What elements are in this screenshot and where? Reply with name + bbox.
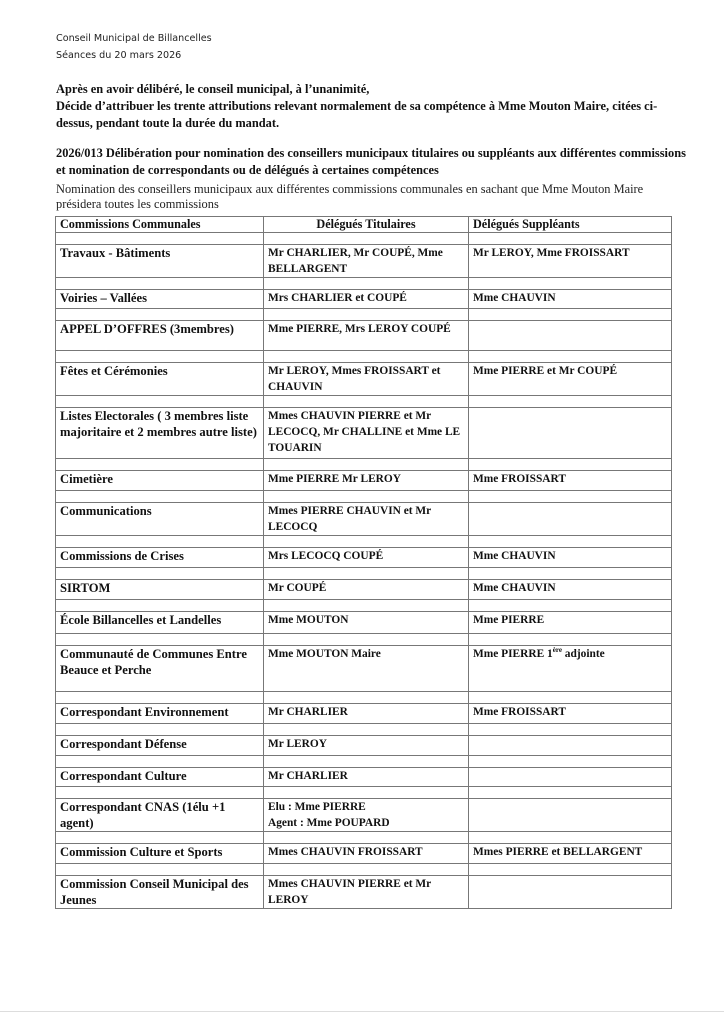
table-row: Correspondant CultureMr CHARLIER	[56, 768, 672, 787]
spacer-cell	[469, 351, 672, 363]
spacer-cell	[469, 832, 672, 844]
role-label: adjointe	[562, 648, 605, 660]
intro-text: Nomination des conseillers municipaux au…	[56, 182, 686, 212]
spacer-cell	[469, 568, 672, 580]
table-body: Travaux - BâtimentsMr CHARLIER, Mr COUPÉ…	[56, 233, 672, 909]
commission-name: Commission Culture et Sports	[56, 844, 264, 864]
rank-suffix: ère	[553, 646, 562, 654]
document-organization: Conseil Municipal de Billancelles	[56, 30, 212, 47]
table-row: Commission Culture et SportsMmes CHAUVIN…	[56, 844, 672, 864]
spacer-cell	[264, 396, 469, 408]
spacer-cell	[56, 536, 264, 548]
suppleant-name: Mme PIERRE	[473, 648, 544, 660]
table-header-row: Commissions Communales Délégués Titulair…	[56, 217, 672, 233]
table-row: Communauté de Communes Entre Beauce et P…	[56, 646, 672, 692]
session-date: Séances du 20 mars 2026	[56, 47, 181, 64]
titulaires-cell: Mrs CHARLIER et COUPÉ	[264, 290, 469, 309]
spacer-row	[56, 233, 672, 245]
spacer-cell	[469, 692, 672, 704]
spacer-cell	[56, 233, 264, 245]
suppleants-cell: Mr LEROY, Mme FROISSART	[469, 245, 672, 278]
table-row: Travaux - BâtimentsMr CHARLIER, Mr COUPÉ…	[56, 245, 672, 278]
titulaire-line: Agent : Mme POUPARD	[268, 815, 464, 831]
titulaires-cell: Mme PIERRE Mr LEROY	[264, 471, 469, 491]
table-row: Correspondant EnvironnementMr CHARLIERMm…	[56, 704, 672, 724]
spacer-row	[56, 278, 672, 290]
spacer-row	[56, 864, 672, 876]
titulaires-cell: Mrs LECOCQ COUPÉ	[264, 548, 469, 568]
suppleants-cell: Mmes PIERRE et BELLARGENT	[469, 844, 672, 864]
commissions-table: Commissions Communales Délégués Titulair…	[55, 216, 672, 909]
spacer-cell	[56, 756, 264, 768]
titulaires-cell: Mr CHARLIER, Mr COUPÉ, Mme BELLARGENT	[264, 245, 469, 278]
commission-name: Listes Electorales ( 3 membres liste maj…	[56, 408, 264, 459]
header-titulaires: Délégués Titulaires	[264, 217, 469, 233]
spacer-cell	[56, 600, 264, 612]
spacer-cell	[56, 832, 264, 844]
suppleants-cell	[469, 768, 672, 787]
spacer-cell	[264, 724, 469, 736]
table-row: Correspondant DéfenseMr LEROY	[56, 736, 672, 756]
spacer-cell	[469, 634, 672, 646]
spacer-cell	[264, 600, 469, 612]
spacer-cell	[264, 536, 469, 548]
spacer-cell	[469, 491, 672, 503]
spacer-cell	[264, 309, 469, 321]
titulaires-cell: Mr LEROY, Mmes FROISSART et CHAUVIN	[264, 363, 469, 396]
spacer-row	[56, 600, 672, 612]
table-row: Fêtes et CérémoniesMr LEROY, Mmes FROISS…	[56, 363, 672, 396]
spacer-cell	[264, 278, 469, 290]
spacer-cell	[469, 233, 672, 245]
spacer-cell	[56, 864, 264, 876]
spacer-cell	[469, 278, 672, 290]
spacer-cell	[56, 787, 264, 799]
spacer-cell	[56, 568, 264, 580]
commission-name: Travaux - Bâtiments	[56, 245, 264, 278]
suppleants-cell	[469, 503, 672, 536]
commission-name: Cimetière	[56, 471, 264, 491]
commission-name: APPEL D’OFFRES (3membres)	[56, 321, 264, 351]
table-row: Correspondant CNAS (1élu +1 agent)Elu : …	[56, 799, 672, 832]
spacer-cell	[56, 309, 264, 321]
titulaires-cell: Elu : Mme PIERREAgent : Mme POUPARD	[264, 799, 469, 832]
spacer-cell	[264, 568, 469, 580]
table-row: Commission Conseil Municipal des JeunesM…	[56, 876, 672, 909]
titulaires-cell: Mme PIERRE, Mrs LEROY COUPÉ	[264, 321, 469, 351]
table-row: Listes Electorales ( 3 membres liste maj…	[56, 408, 672, 459]
titulaires-cell: Mmes CHAUVIN PIERRE et Mr LECOCQ, Mr CHA…	[264, 408, 469, 459]
decision-line-2: Décide d’attribuer les trente attributio…	[56, 98, 686, 132]
commission-name: Commission Conseil Municipal des Jeunes	[56, 876, 264, 909]
spacer-cell	[264, 459, 469, 471]
spacer-cell	[56, 459, 264, 471]
spacer-row	[56, 459, 672, 471]
spacer-cell	[264, 832, 469, 844]
spacer-row	[56, 756, 672, 768]
titulaires-cell: Mme MOUTON	[264, 612, 469, 634]
titulaires-cell: Mmes CHAUVIN PIERRE et Mr LEROY	[264, 876, 469, 909]
suppleants-cell: Mme CHAUVIN	[469, 580, 672, 600]
spacer-cell	[264, 756, 469, 768]
header-commissions: Commissions Communales	[56, 217, 264, 233]
table-row: École Billancelles et LandellesMme MOUTO…	[56, 612, 672, 634]
spacer-cell	[56, 692, 264, 704]
titulaires-cell: Mr LEROY	[264, 736, 469, 756]
suppleants-cell	[469, 876, 672, 909]
spacer-cell	[469, 724, 672, 736]
commission-name: Fêtes et Cérémonies	[56, 363, 264, 396]
spacer-cell	[469, 309, 672, 321]
suppleants-cell: Mme PIERRE	[469, 612, 672, 634]
decision-paragraph: Après en avoir délibéré, le conseil muni…	[56, 81, 686, 132]
spacer-row	[56, 396, 672, 408]
commission-name: Communications	[56, 503, 264, 536]
spacer-cell	[264, 787, 469, 799]
suppleants-cell	[469, 736, 672, 756]
spacer-row	[56, 634, 672, 646]
spacer-cell	[56, 396, 264, 408]
spacer-row	[56, 351, 672, 363]
spacer-row	[56, 724, 672, 736]
spacer-cell	[56, 634, 264, 646]
spacer-row	[56, 787, 672, 799]
spacer-cell	[264, 351, 469, 363]
spacer-cell	[56, 351, 264, 363]
commission-name: Correspondant Environnement	[56, 704, 264, 724]
spacer-row	[56, 491, 672, 503]
suppleants-cell: Mme FROISSART	[469, 704, 672, 724]
commission-name: Communauté de Communes Entre Beauce et P…	[56, 646, 264, 692]
spacer-cell	[264, 233, 469, 245]
suppleants-cell: Mme CHAUVIN	[469, 548, 672, 568]
commission-name: Commissions de Crises	[56, 548, 264, 568]
commission-name: Correspondant CNAS (1élu +1 agent)	[56, 799, 264, 832]
commission-name: SIRTOM	[56, 580, 264, 600]
titulaires-cell: Mme MOUTON Maire	[264, 646, 469, 692]
titulaires-cell: Mmes PIERRE CHAUVIN et Mr LECOCQ	[264, 503, 469, 536]
commission-name: Voiries – Vallées	[56, 290, 264, 309]
spacer-cell	[264, 634, 469, 646]
spacer-cell	[469, 864, 672, 876]
table-row: CimetièreMme PIERRE Mr LEROYMme FROISSAR…	[56, 471, 672, 491]
spacer-row	[56, 309, 672, 321]
spacer-cell	[56, 724, 264, 736]
suppleants-cell: Mme CHAUVIN	[469, 290, 672, 309]
page-edge-divider	[0, 1011, 724, 1012]
spacer-cell	[469, 787, 672, 799]
spacer-cell	[56, 491, 264, 503]
decision-line-1: Après en avoir délibéré, le conseil muni…	[56, 81, 686, 98]
commission-name: Correspondant Culture	[56, 768, 264, 787]
spacer-row	[56, 832, 672, 844]
spacer-cell	[469, 600, 672, 612]
titulaires-cell: Mr COUPÉ	[264, 580, 469, 600]
spacer-row	[56, 568, 672, 580]
deliberation-title: 2026/013 Délibération pour nomination de…	[56, 145, 686, 179]
titulaires-cell: Mr CHARLIER	[264, 704, 469, 724]
spacer-cell	[469, 756, 672, 768]
spacer-cell	[264, 692, 469, 704]
commission-name: École Billancelles et Landelles	[56, 612, 264, 634]
table-row: CommunicationsMmes PIERRE CHAUVIN et Mr …	[56, 503, 672, 536]
table-row: Commissions de CrisesMrs LECOCQ COUPÉMme…	[56, 548, 672, 568]
spacer-cell	[56, 278, 264, 290]
table-row: SIRTOMMr COUPÉMme CHAUVIN	[56, 580, 672, 600]
spacer-cell	[469, 459, 672, 471]
titulaires-cell: Mmes CHAUVIN FROISSART	[264, 844, 469, 864]
header-suppleants: Délégués Suppléants	[469, 217, 672, 233]
spacer-cell	[264, 864, 469, 876]
suppleants-cell: Mme PIERRE 1ère adjointe	[469, 646, 672, 692]
suppleants-cell	[469, 321, 672, 351]
table-row: Voiries – ValléesMrs CHARLIER et COUPÉMm…	[56, 290, 672, 309]
titulaire-line: Elu : Mme PIERRE	[268, 799, 464, 815]
titulaires-cell: Mr CHARLIER	[264, 768, 469, 787]
suppleants-cell: Mme FROISSART	[469, 471, 672, 491]
table-row: APPEL D’OFFRES (3membres)Mme PIERRE, Mrs…	[56, 321, 672, 351]
spacer-cell	[264, 491, 469, 503]
spacer-row	[56, 536, 672, 548]
suppleants-cell	[469, 799, 672, 832]
spacer-row	[56, 692, 672, 704]
spacer-cell	[469, 536, 672, 548]
suppleants-cell: Mme PIERRE et Mr COUPÉ	[469, 363, 672, 396]
commission-name: Correspondant Défense	[56, 736, 264, 756]
spacer-cell	[469, 396, 672, 408]
suppleants-cell	[469, 408, 672, 459]
